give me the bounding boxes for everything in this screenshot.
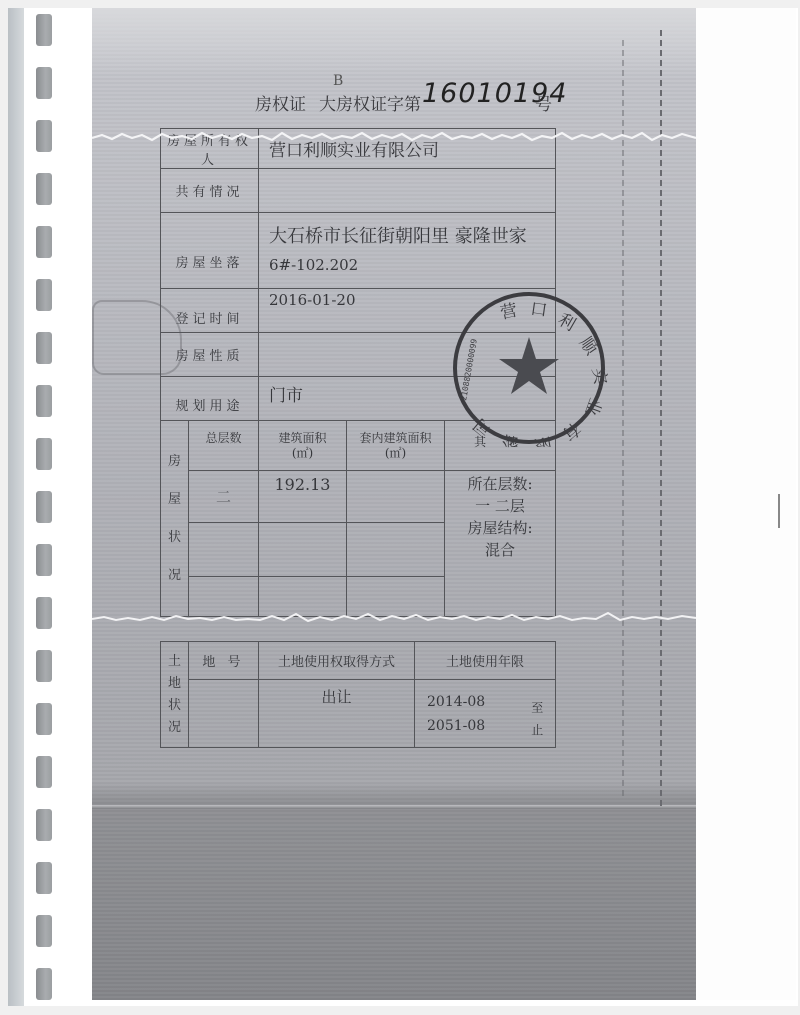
structure-label: 房屋结构: (445, 517, 555, 539)
house-status-row: 二 192.13 所在层数: 一 二层 房屋结构: 混合 (161, 471, 556, 523)
location-value: 大石桥市长征街朝阳里 豪隆世家 6#-102.202 (259, 213, 556, 289)
inner-area-header: 套内建筑面积 (㎡) (347, 421, 445, 471)
binding-hole (36, 968, 52, 1000)
row-location: 房屋坐落 大石桥市长征街朝阳里 豪隆世家 6#-102.202 (161, 213, 556, 289)
co-ownership-label: 共有情况 (161, 169, 259, 213)
binding-shadow (8, 8, 24, 1006)
row-co-ownership: 共有情况 (161, 169, 556, 213)
certificate-title: 房权证 大房权证字第 16010194 号 (255, 84, 575, 114)
margin-mark (778, 494, 780, 528)
binding-hole (36, 756, 52, 788)
copy-artifact-line (660, 30, 662, 810)
registration-date-label: 登记时间 (161, 289, 259, 333)
term-start: 2014-08 (427, 690, 520, 714)
location-line-2: 6#-102.202 (269, 251, 555, 279)
binding-hole (36, 14, 52, 46)
term-range-labels: 至 止 (520, 680, 556, 748)
term-header: 土地使用年限 (415, 642, 556, 680)
binding-hole (36, 597, 52, 629)
inner-area-value (347, 471, 445, 523)
binding-hole (36, 438, 52, 470)
paper-fold-edge (92, 805, 696, 809)
spiral-binding (36, 10, 56, 1000)
land-data-row: 出让 2014-08 2051-08 至 止 (161, 680, 556, 748)
section-char: 状 (161, 695, 188, 717)
svg-text:限: 限 (533, 433, 553, 447)
binding-hole (36, 809, 52, 841)
inner-area-unit: (㎡) (347, 446, 444, 461)
svg-text:口: 口 (529, 299, 549, 321)
structure-value: 混合 (445, 539, 555, 561)
binding-hole (36, 650, 52, 682)
right-margin (696, 8, 796, 1000)
binding-hole (36, 862, 52, 894)
binding-hole (36, 544, 52, 576)
binding-hole (36, 226, 52, 258)
co-ownership-value (259, 169, 556, 213)
stamp-code: 2108820000099 (459, 338, 479, 401)
empty-cell (189, 523, 259, 577)
floor-value: 一 二层 (445, 495, 555, 517)
acquisition-value: 出让 (259, 680, 415, 748)
total-floors-value: 二 (189, 471, 259, 523)
acquisition-header: 土地使用权取得方式 (259, 642, 415, 680)
binding-hole (36, 120, 52, 152)
section-char: 状 (161, 519, 188, 557)
land-section-label: 土 地 状 况 (161, 642, 189, 748)
binding-hole (36, 279, 52, 311)
term-end: 2051-08 (427, 714, 520, 738)
binding-hole (36, 332, 52, 364)
building-area-header-text: 建筑面积 (259, 431, 346, 446)
section-char: 土 (161, 651, 188, 673)
section-char: 地 (161, 673, 188, 695)
other-details: 所在层数: 一 二层 房屋结构: 混合 (445, 471, 556, 617)
empty-cell (259, 523, 347, 577)
floor-label: 所在层数: (445, 473, 555, 495)
building-area-unit: (㎡) (259, 446, 346, 461)
company-seal-stamp: 营 口 利 顺 实 业 有 限 公 司 2108820000099 (440, 289, 618, 447)
term-dates: 2014-08 2051-08 (415, 680, 520, 748)
building-area-value: 192.13 (259, 471, 347, 523)
section-char: 房 (161, 443, 188, 481)
cert-label: 房权证 (255, 90, 306, 115)
building-area-header: 建筑面积 (㎡) (259, 421, 347, 471)
land-status-table: 土 地 状 况 地 号 土地使用权取得方式 土地使用年限 出让 2014-08 … (160, 641, 556, 748)
section-char: 屋 (161, 481, 188, 519)
binding-hole (36, 915, 52, 947)
copy-artifact-line (622, 40, 624, 800)
planned-use-label: 规划用途 (161, 377, 259, 421)
svg-text:公: 公 (500, 430, 522, 447)
inner-area-header-text: 套内建筑面积 (347, 431, 444, 446)
binding-hole (36, 703, 52, 735)
lot-number-value (189, 680, 259, 748)
term-from-label: 至 (520, 697, 556, 719)
svg-text:利: 利 (554, 310, 579, 336)
empty-cell (347, 523, 445, 577)
scan-tear-artifact (92, 611, 696, 625)
scan-tear-artifact (92, 130, 696, 144)
section-char: 况 (161, 557, 188, 595)
serial-prefix: 大房权证字第 (319, 90, 421, 115)
svg-text:实: 实 (588, 366, 611, 386)
serial-suffix: 号 (535, 90, 552, 115)
property-nature-label: 房屋性质 (161, 333, 259, 377)
lot-number-header: 地 号 (189, 642, 259, 680)
paper-highlight (92, 8, 696, 78)
house-status-section-label: 房 屋 状 况 (161, 421, 189, 617)
binding-hole (36, 67, 52, 99)
location-label: 房屋坐落 (161, 213, 259, 289)
binding-hole (36, 173, 52, 205)
total-floors-header: 总层数 (189, 421, 259, 471)
binding-hole (36, 385, 52, 417)
svg-text:营: 营 (499, 301, 520, 324)
section-char: 况 (161, 717, 188, 739)
binding-hole (36, 491, 52, 523)
land-header-row: 土 地 状 况 地 号 土地使用权取得方式 土地使用年限 (161, 642, 556, 680)
location-line-1: 大石桥市长征街朝阳里 豪隆世家 (269, 223, 555, 251)
term-to-label: 止 (520, 719, 556, 741)
